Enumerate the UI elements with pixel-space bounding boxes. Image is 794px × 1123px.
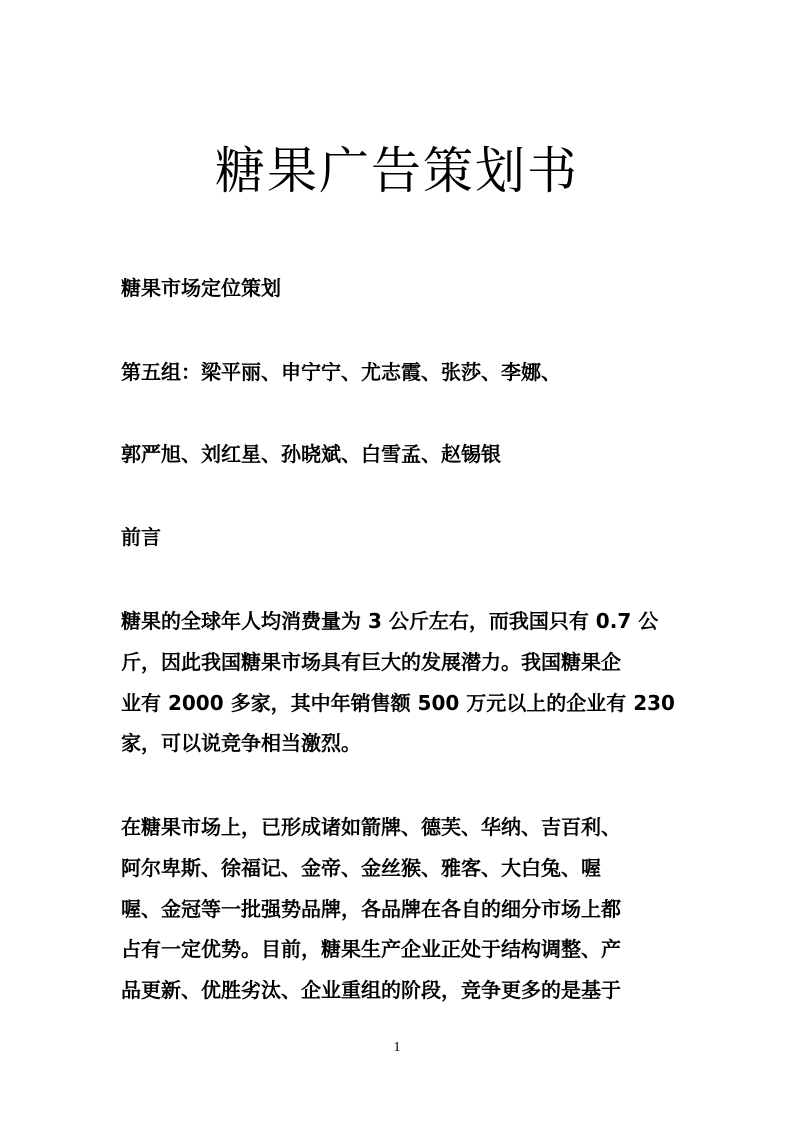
subtitle: 糖果市场定位策划 [121, 274, 681, 302]
authors-line-1: 第五组：梁平丽、申宁宁、尤志霞、张莎、李娜、 [121, 358, 681, 386]
authors-line-2: 郭严旭、刘红星、孙晓斌、白雪孟、赵锡银 [121, 440, 681, 468]
page-number: 1 [0, 1040, 794, 1056]
document-title: 糖果广告策划书 [0, 138, 794, 204]
paragraph-2-line: 喔、金冠等一批强势品牌，各品牌在各自的细分市场上都 [121, 895, 681, 923]
paragraph-1-line: 业有 2000 多家，其中年销售额 500 万元以上的企业有 230 [121, 689, 681, 717]
paragraph-2-line: 阿尔卑斯、徐福记、金帝、金丝猴、雅客、大白兔、喔 [121, 854, 681, 882]
paragraph-1-line: 斤，因此我国糖果市场具有巨大的发展潜力。我国糖果企 [121, 648, 681, 676]
paragraph-1-line: 家，可以说竞争相当激烈。 [121, 729, 681, 757]
paragraph-2-line: 品更新、优胜劣汰、企业重组的阶段，竞争更多的是基于 [121, 976, 681, 1004]
section-heading: 前言 [121, 523, 681, 551]
paragraph-1-line: 糖果的全球年人均消费量为 3 公斤左右，而我国只有 0.7 公 [121, 607, 681, 635]
paragraph-2-line: 占有一定优势。目前，糖果生产企业正处于结构调整、产 [121, 935, 681, 963]
document-page: 糖果广告策划书 糖果市场定位策划 第五组：梁平丽、申宁宁、尤志霞、张莎、李娜、 … [0, 0, 794, 1123]
paragraph-2-line: 在糖果市场上，已形成诸如箭牌、德芙、华纳、吉百利、 [121, 813, 681, 841]
